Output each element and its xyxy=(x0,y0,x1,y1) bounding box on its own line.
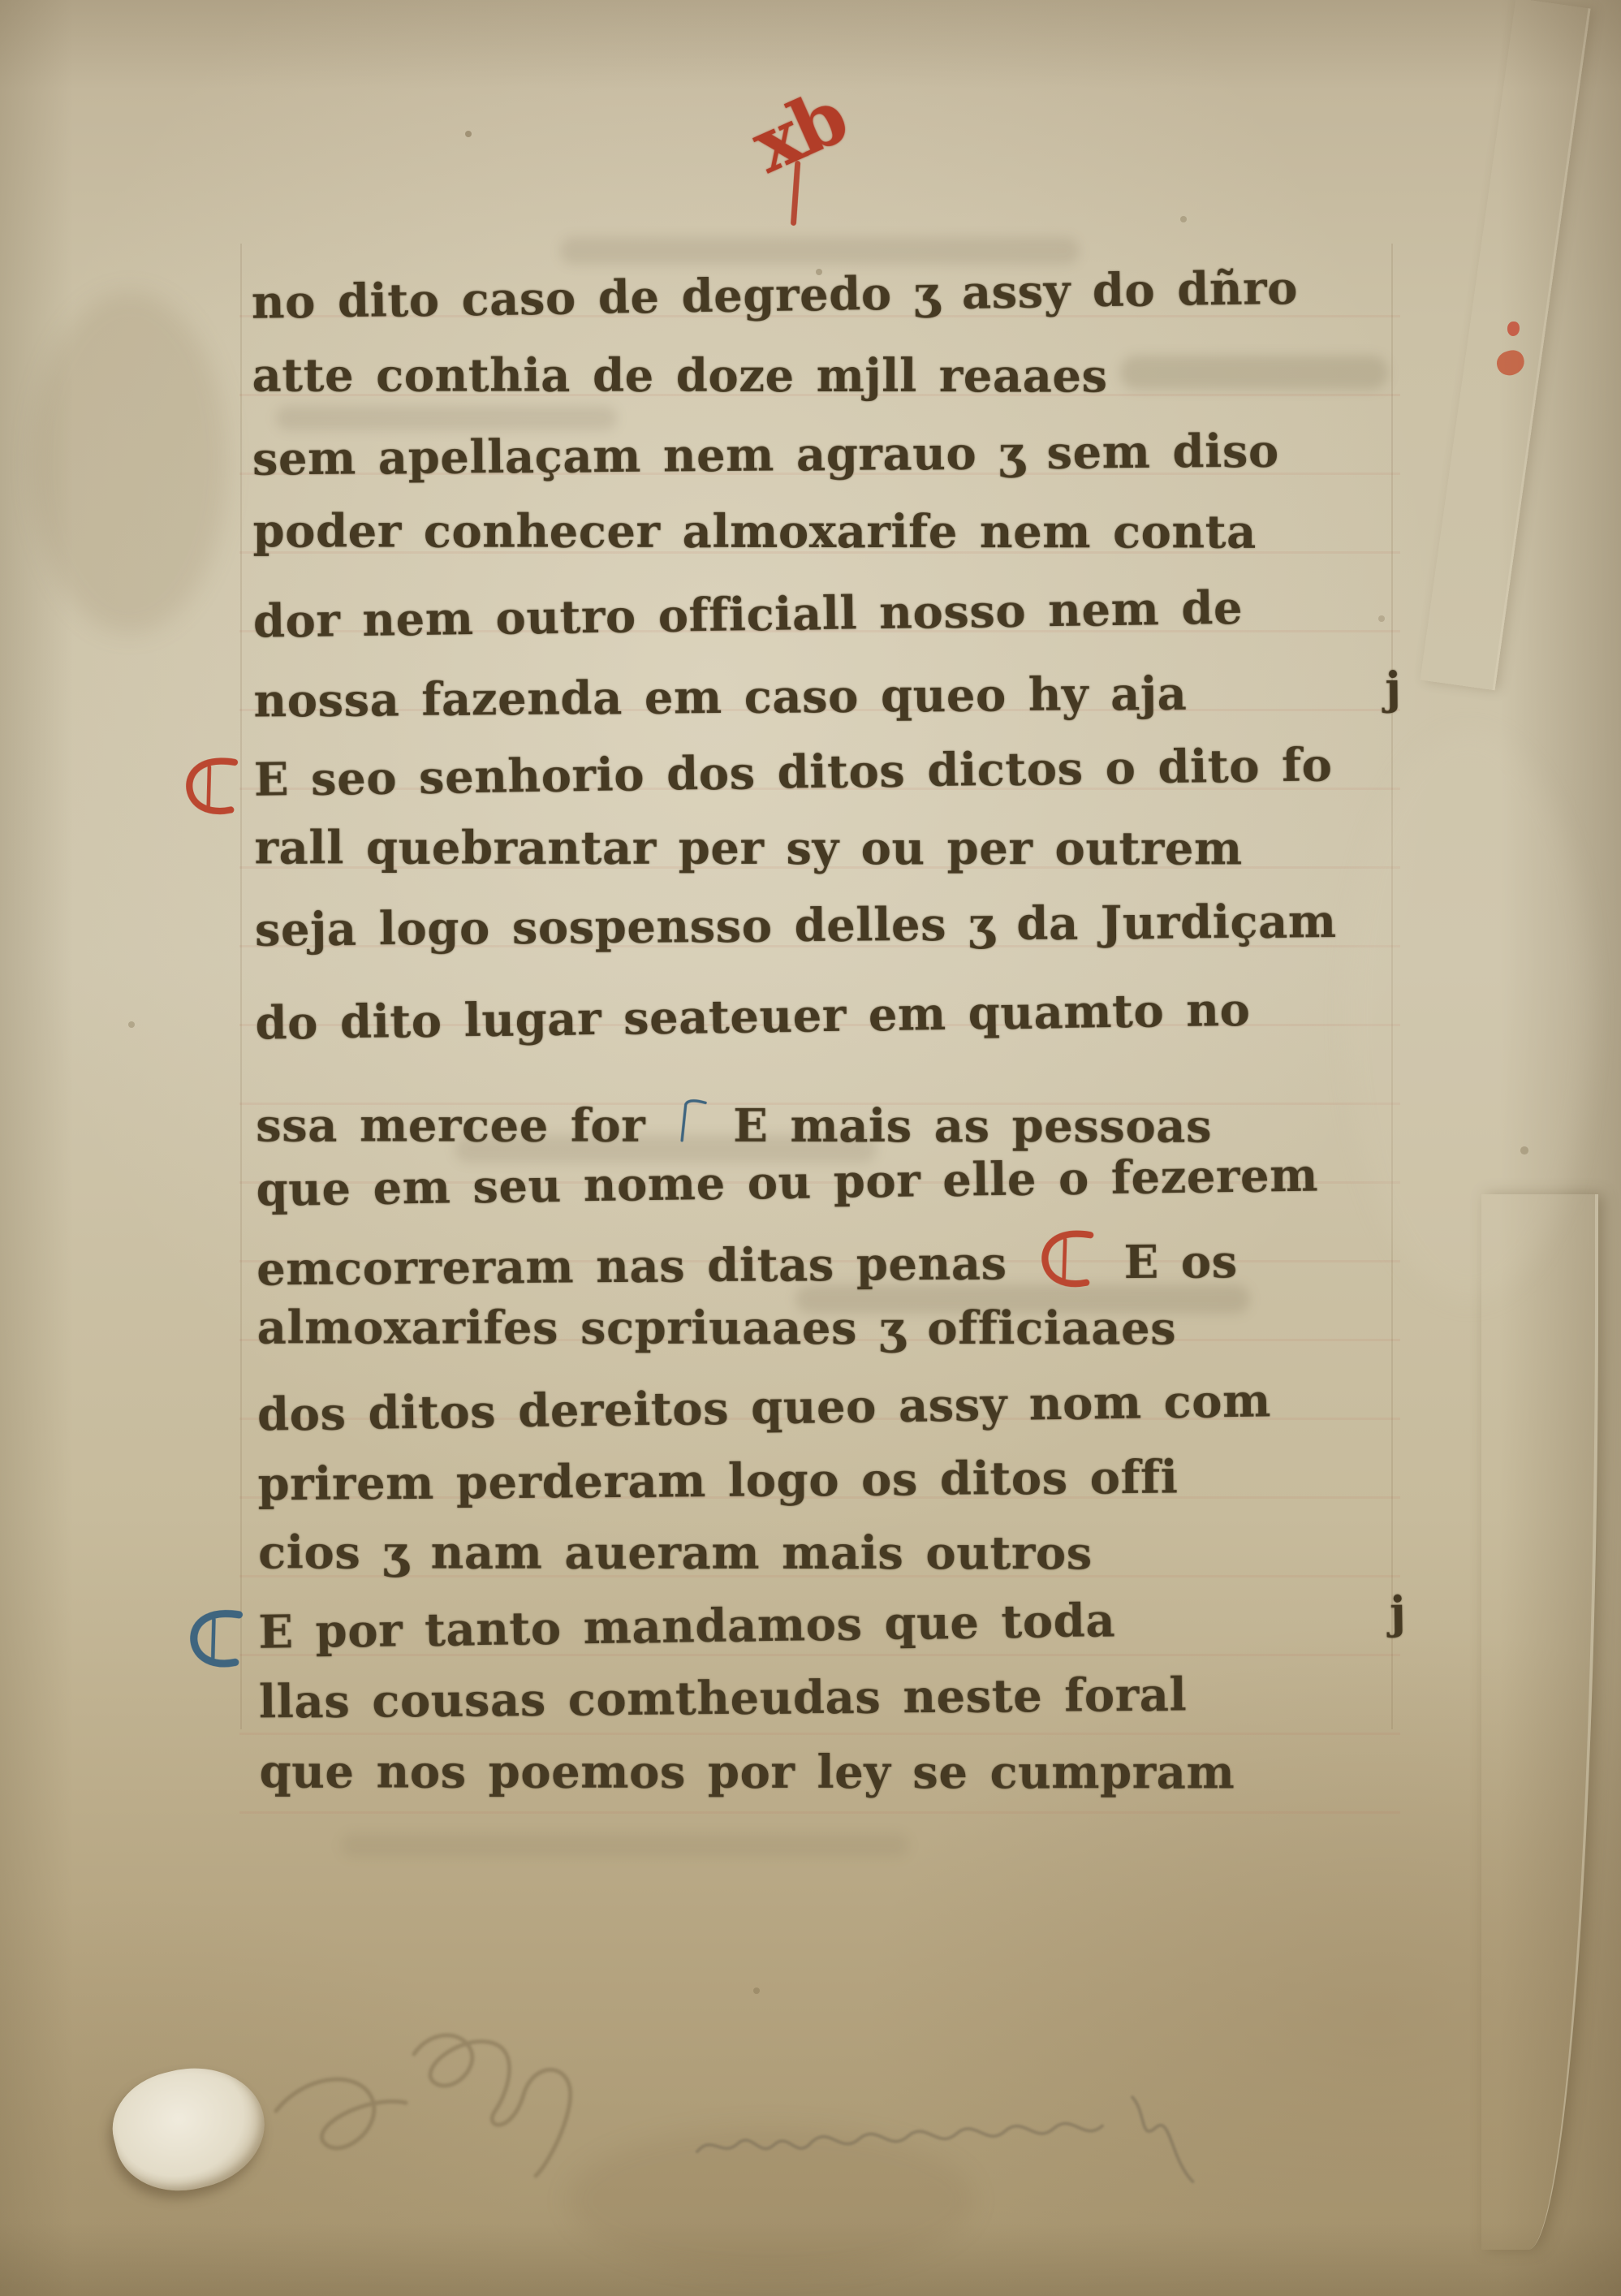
parchment-speckles xyxy=(0,0,3,3)
manuscript-line: que nos poemos por ley se cumpram xyxy=(259,1745,1402,1827)
faded-inscription xyxy=(677,2047,1353,2251)
manuscript-line: dor nem outro officiall nosso nem de xyxy=(252,579,1396,676)
line-text: cios ʒ nam aueram mais outros xyxy=(258,1526,1093,1580)
line-text: dos ditos dereitos queo assy nom com xyxy=(257,1374,1272,1441)
red-ink-dot xyxy=(1507,322,1520,336)
parchment-fold xyxy=(1481,1194,1598,2251)
line-text: que nos poemos por ley se cumpram xyxy=(260,1745,1235,1799)
paragraph-slash-icon xyxy=(679,1078,706,1163)
ink-showthrough xyxy=(560,237,1080,265)
line-text: dor nem outro officiall nosso nem de xyxy=(252,581,1243,649)
line-filler-mark: j xyxy=(1390,1586,1407,1638)
line-text: emcorreram nas ditas penas xyxy=(257,1236,1007,1296)
parchment-fold xyxy=(1420,0,1590,691)
parchment-hole xyxy=(101,2052,277,2206)
manuscript-line: atte conthia de doze mjll reaaes xyxy=(252,348,1395,430)
parchment-stain xyxy=(32,292,227,633)
left-margin-line xyxy=(240,244,242,1729)
red-ink-dot xyxy=(1494,347,1528,378)
manuscript-line: ssa mercee for E mais as pessoas xyxy=(256,1077,1399,1159)
line-text: sem apellaçam nem agrauo ʒ sem diso xyxy=(252,425,1279,486)
line-text: E os xyxy=(1123,1235,1238,1289)
line-text: do dito lugar seateuer em quamto no xyxy=(255,983,1251,1051)
line-text: E por tanto mandamos que toda xyxy=(258,1594,1116,1659)
manuscript-line: seja logo sospensso delles ʒ da Jurdiçam xyxy=(255,894,1399,984)
manuscript-line: llas cousas comtheudas neste foral xyxy=(259,1666,1403,1756)
line-text: poder conhecer almoxarife nem conta xyxy=(253,504,1257,559)
manuscript-line: E seo senhorio dos ditos dictos o dito f… xyxy=(253,737,1397,835)
line-text: almoxarifes scpriuaaes ʒ officiaaes xyxy=(257,1301,1177,1355)
parchment-stain xyxy=(568,2127,974,2273)
ink-showthrough xyxy=(341,1833,909,1858)
line-text: nossa fazenda em caso queo hy aja xyxy=(253,667,1187,727)
line-filler-mark: j xyxy=(1385,662,1402,714)
folio-number: xb xyxy=(739,73,858,190)
line-text: ssa mercee for xyxy=(256,1098,645,1152)
manuscript-line: sem apellaçam nem agrauo ʒ sem diso xyxy=(252,423,1396,513)
manuscript-page: xb no dito caso de degredo ʒ assy do dñr… xyxy=(0,0,1621,2296)
line-text: E mais as pessoas xyxy=(733,1099,1212,1154)
line-text: rall quebrantar per sy ou per outrem xyxy=(255,821,1243,875)
line-text: prirem perderam logo os ditos offi xyxy=(257,1451,1178,1512)
manuscript-line: do dito lugar seateuer em quamto no xyxy=(255,981,1399,1078)
text-block: no dito caso de degredo ʒ assy do dñro a… xyxy=(250,0,1393,3)
manuscript-line: no dito caso de degredo ʒ assy do dñro xyxy=(251,260,1395,357)
manuscript-line: almoxarifes scpriuaaes ʒ officiaaes xyxy=(257,1301,1400,1383)
capitulum-mark-icon xyxy=(1041,1228,1094,1290)
manuscript-line: rall quebrantar per sy ou per outrem xyxy=(255,821,1398,903)
line-text: atte conthia de doze mjll reaaes xyxy=(252,348,1107,403)
faded-scribble xyxy=(244,1973,617,2216)
manuscript-line: poder conhecer almoxarife nem conta xyxy=(252,504,1395,586)
line-text: no dito caso de degredo ʒ assy do dñro xyxy=(251,261,1298,330)
capitulum-mark-icon xyxy=(190,1608,243,1670)
line-text: llas cousas comtheudas neste foral xyxy=(259,1668,1188,1729)
capitulum-mark-icon xyxy=(185,755,238,818)
line-text: seja logo sospensso delles ʒ da Jurdiçam xyxy=(255,895,1337,956)
